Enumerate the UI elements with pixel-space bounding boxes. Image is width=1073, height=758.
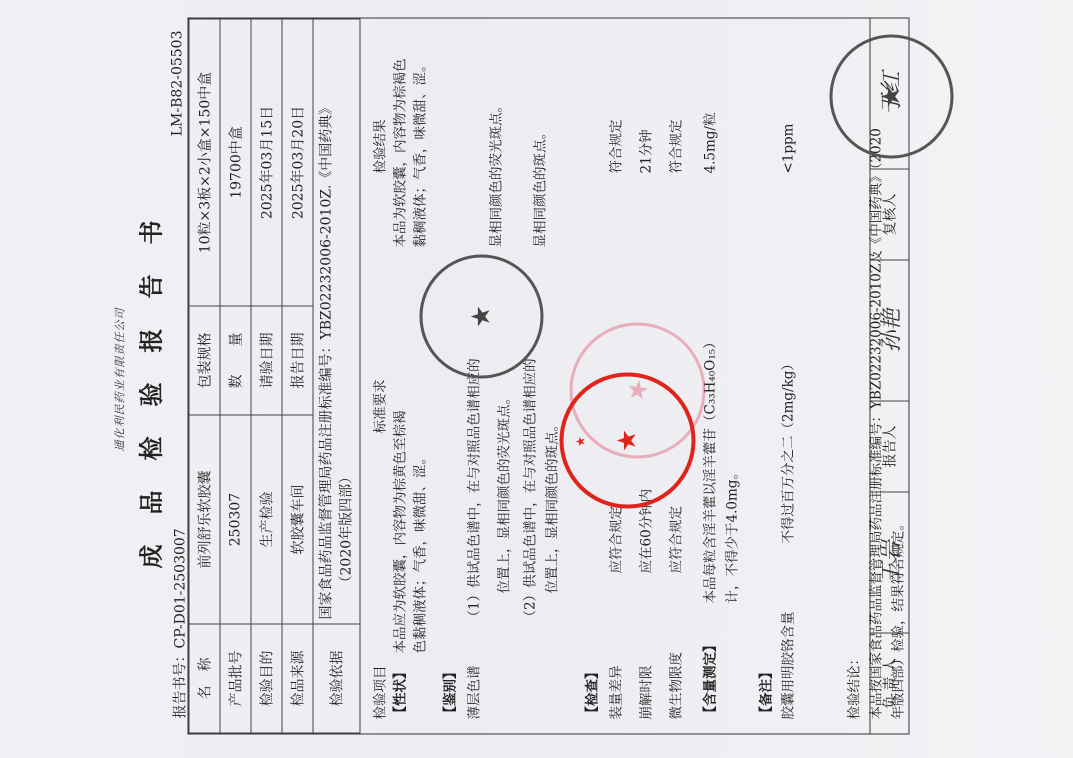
value-report-date: 2025年03月20日 bbox=[282, 19, 313, 306]
reporter-label: 报告人 bbox=[871, 401, 909, 492]
report-number-label: 报告书号： bbox=[173, 649, 189, 719]
inspection-result: 21分钟 bbox=[637, 129, 657, 173]
value-batch: 250307 bbox=[220, 415, 251, 624]
reviewer-label: 复核人 bbox=[871, 169, 909, 260]
info-row: 检品来源 软胶囊车间 报告日期 2025年03月20日 bbox=[282, 19, 313, 733]
assay-standard-2: 计，不得少于4.0mg。 bbox=[723, 466, 743, 603]
value-request-date: 2025年03月15日 bbox=[251, 19, 282, 306]
report-title: 成品检验报告书 bbox=[132, 1, 167, 758]
label-purpose: 检验目的 bbox=[251, 624, 282, 733]
properties-standard-2: 色黏稠液体；气香，味微甜、涩。 bbox=[411, 451, 431, 654]
inspection-result: 符合规定 bbox=[607, 120, 627, 174]
label-source: 检品来源 bbox=[282, 624, 313, 733]
gray-qa-seal-stamp: ★ bbox=[830, 35, 954, 159]
value-package: 10粒×3板×2小盒×150中盒 bbox=[189, 19, 220, 306]
report-number-value: CP-D01-2503007 bbox=[173, 528, 189, 648]
basis-line-2: （2020年版四部） bbox=[337, 24, 357, 620]
value-source: 软胶囊车间 bbox=[282, 415, 313, 624]
label-report-date: 报告日期 bbox=[282, 306, 313, 415]
info-table: 名 称 前列舒乐软胶囊 包装规格 10粒×3板×2小盒×150中盒 产品批号 2… bbox=[189, 19, 361, 734]
identification-std-2a: （2）供试品色谱中，在与对照品色谱相应的 bbox=[521, 358, 541, 623]
identification-std-1a: （1）供试品色谱中，在与对照品色谱相应的 bbox=[465, 358, 485, 623]
handwritten-signature: 王岩 bbox=[874, 541, 905, 585]
responsible-signature: 王岩 bbox=[871, 492, 909, 633]
inspection-std: 应符合规定 bbox=[667, 506, 687, 574]
company-name: 通化利民药业有限责任公司 bbox=[112, 1, 128, 758]
inspection-name: 崩解时限 bbox=[637, 666, 657, 720]
label-quantity: 数 量 bbox=[220, 306, 251, 415]
remarks-name: 胶囊用明胶铬含量 bbox=[779, 612, 799, 720]
value-purpose: 生产检验 bbox=[251, 415, 282, 624]
remarks-standard: 不得过百万分之二（2mg/kg） bbox=[779, 357, 799, 543]
section-assay: 【含量测定】 bbox=[701, 639, 721, 720]
responsible-label: 负 责 人 bbox=[871, 633, 909, 734]
section-remarks: 【备注】 bbox=[757, 666, 777, 720]
header-standard: 标准要求 bbox=[371, 380, 391, 434]
identification-name: 薄层色谱 bbox=[465, 666, 485, 720]
label-name: 名 称 bbox=[189, 624, 220, 733]
info-row: 名 称 前列舒乐软胶囊 包装规格 10粒×3板×2小盒×150中盒 bbox=[189, 19, 220, 733]
handwritten-signature: 孙艳 bbox=[874, 309, 905, 353]
gray-qc-seal-stamp: ★ bbox=[420, 255, 544, 379]
basis-line-1: 国家食品药品监督管理局药品注册标准编号：YBZ02232006-2010Z.《中… bbox=[317, 24, 337, 620]
header-item: 检验项目 bbox=[373, 666, 389, 720]
remarks-result: <1ppm bbox=[779, 124, 799, 174]
label-request-date: 请验日期 bbox=[251, 306, 282, 415]
inspection-report-page: 通化利民药业有限责任公司 成品检验报告书 报告书号：CP-D01-2503007… bbox=[0, 1, 1073, 758]
inspection-name: 装量差异 bbox=[607, 666, 627, 720]
label-batch: 产品批号 bbox=[220, 624, 251, 733]
properties-result-1: 本品为软胶囊，内容物为棕褐色 bbox=[391, 59, 411, 248]
stamp-text: ★ bbox=[574, 377, 588, 505]
assay-result: 4.5mg/粒 bbox=[701, 113, 721, 174]
value-name: 前列舒乐软胶囊 bbox=[189, 415, 220, 624]
label-package: 包装规格 bbox=[189, 306, 220, 415]
section-identification: 【鉴别】 bbox=[441, 666, 461, 720]
reporter-signature: 孙艳 bbox=[871, 260, 909, 401]
properties-result-2: 黏稠液体；气香，味微甜、涩。 bbox=[411, 59, 431, 248]
red-company-seal-stamp: ★★ bbox=[560, 373, 696, 509]
label-basis: 检验依据 bbox=[313, 624, 360, 733]
document-code: LM-B82-05503 bbox=[170, 31, 186, 137]
inspection-name: 微生物限度 bbox=[667, 652, 687, 720]
value-quantity: 19700中盒 bbox=[220, 19, 251, 306]
info-row-basis: 检验依据 国家食品药品监督管理局药品注册标准编号：YBZ02232006-201… bbox=[313, 19, 360, 733]
identification-result-1: 显相同颜色的荧光斑点。 bbox=[487, 99, 507, 248]
info-row: 检验目的 生产检验 请验日期 2025年03月15日 bbox=[251, 19, 282, 733]
identification-std-1b: 位置上，显相同颜色的荧光斑点。 bbox=[495, 391, 515, 594]
header-result: 检验结果 bbox=[371, 120, 391, 174]
section-inspection: 【检查】 bbox=[583, 666, 603, 720]
report-box: 名 称 前列舒乐软胶囊 包装规格 10粒×3板×2小盒×150中盒 产品批号 2… bbox=[188, 18, 910, 735]
section-properties: 【性状】 bbox=[391, 666, 411, 720]
inspection-result: 符合规定 bbox=[667, 120, 687, 174]
report-number: 报告书号：CP-D01-2503007 bbox=[170, 528, 190, 718]
inspection-std: 应符合规定 bbox=[607, 506, 627, 574]
identification-result-2: 显相同颜色的斑点。 bbox=[531, 126, 551, 248]
properties-standard-1: 本品应为软胶囊，内容物为棕黄色至棕褐 bbox=[391, 411, 411, 654]
value-basis: 国家食品药品监督管理局药品注册标准编号：YBZ02232006-2010Z.《中… bbox=[313, 19, 360, 624]
info-row: 产品批号 250307 数 量 19700中盒 bbox=[220, 19, 251, 733]
